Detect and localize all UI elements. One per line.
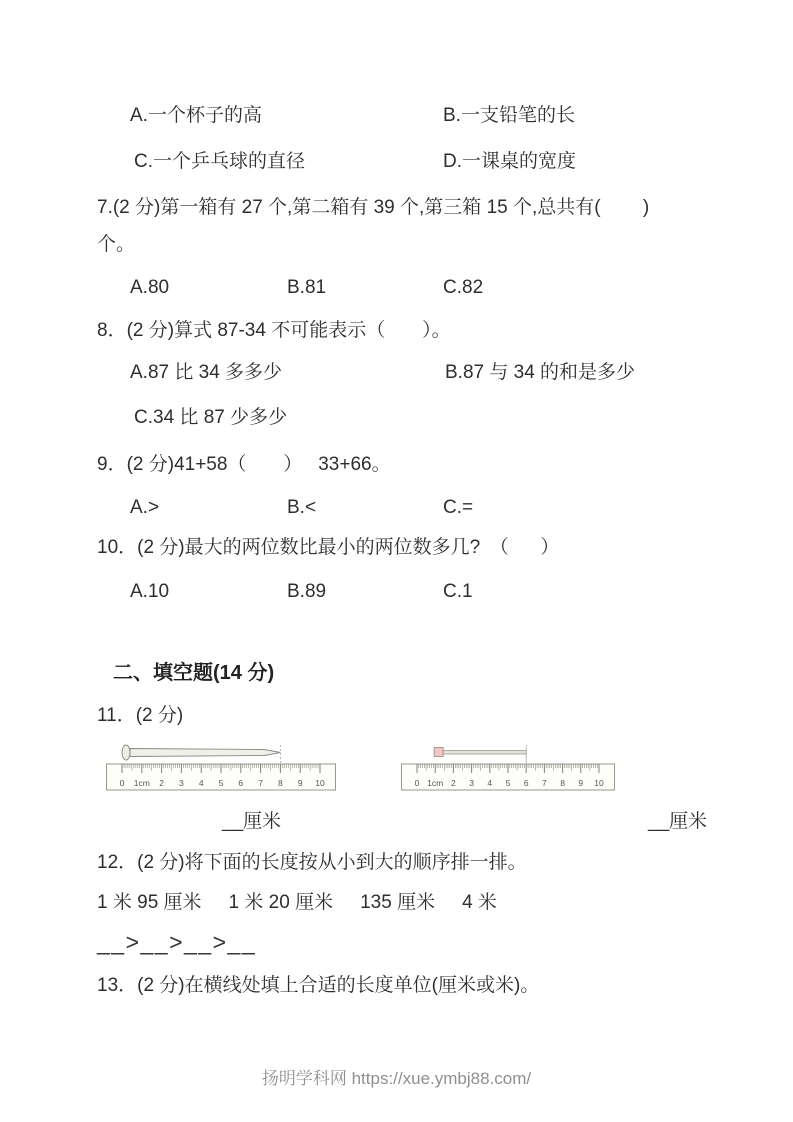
q7-text-line2: 个。 xyxy=(97,233,135,257)
q11-answer-blank-2: __厘米 xyxy=(648,810,707,834)
q7-option-b: B.81 xyxy=(287,276,326,300)
q11-answer-blank-1: __厘米 xyxy=(222,810,281,834)
svg-text:3: 3 xyxy=(469,778,474,788)
exam-page: A.一个杯子的高 B.一支铅笔的长 C.一个乒乓球的直径 D.一课桌的宽度 7.… xyxy=(0,0,793,1122)
svg-text:2: 2 xyxy=(159,778,164,788)
ruler-figure-pin: 01cm2345678910 xyxy=(401,742,615,792)
svg-text:4: 4 xyxy=(487,778,492,788)
svg-text:5: 5 xyxy=(506,778,511,788)
svg-text:10: 10 xyxy=(315,778,325,788)
q12-item-2: 1 米 20 厘米 xyxy=(229,891,334,915)
q8-text: 8．(2 分)算式 87-34 不可能表示（ ）。 xyxy=(97,319,451,343)
q10-option-a: A.10 xyxy=(130,580,169,604)
svg-text:9: 9 xyxy=(578,778,583,788)
q13-text: 13．(2 分)在横线处填上合适的长度单位(厘米或米)。 xyxy=(97,974,539,998)
svg-text:10: 10 xyxy=(594,778,604,788)
svg-text:8: 8 xyxy=(560,778,565,788)
svg-text:1cm: 1cm xyxy=(427,778,443,788)
svg-text:4: 4 xyxy=(199,778,204,788)
q12-item-3: 135 厘米 xyxy=(360,891,435,915)
q7-text-line1: 7.(2 分)第一箱有 27 个,第二箱有 39 个,第三箱 15 个,总共有(… xyxy=(97,196,649,220)
q12-text: 12．(2 分)将下面的长度按从小到大的顺序排一排。 xyxy=(97,851,527,875)
site-watermark: 扬明学科网 https://xue.ymbj88.com/ xyxy=(0,1064,793,1089)
svg-text:7: 7 xyxy=(542,778,547,788)
q9-option-c: C.= xyxy=(443,496,473,520)
svg-text:7: 7 xyxy=(258,778,263,788)
q7-option-c: C.82 xyxy=(443,276,483,300)
svg-text:5: 5 xyxy=(219,778,224,788)
q11-text: 11．(2 分) xyxy=(97,704,183,728)
q9-option-a: A.> xyxy=(130,496,159,520)
q10-option-b: B.89 xyxy=(287,580,326,604)
q6-option-d: D.一课桌的宽度 xyxy=(443,150,576,174)
svg-text:0: 0 xyxy=(120,778,125,788)
q8-option-b: B.87 与 34 的和是多少 xyxy=(445,361,635,385)
q12-ordering-blanks: __>__>__>__ xyxy=(97,928,256,957)
svg-text:3: 3 xyxy=(179,778,184,788)
q12-item-1: 1 米 95 厘米 xyxy=(97,891,202,915)
q10-option-c: C.1 xyxy=(443,580,473,604)
q8-option-a: A.87 比 34 多多少 xyxy=(130,361,282,385)
q6-option-a: A.一个杯子的高 xyxy=(130,104,262,128)
q9-option-b: B.< xyxy=(287,496,316,520)
q6-option-b: B.一支铅笔的长 xyxy=(443,104,575,128)
ruler-figure-nail: 01cm2345678910 xyxy=(106,742,336,792)
section-2-title: 二、填空题(14 分) xyxy=(113,661,274,686)
q12-length-items: 1 米 95 厘米 1 米 20 厘米 135 厘米 4 米 xyxy=(97,891,497,915)
q8-option-c: C.34 比 87 少多少 xyxy=(134,406,287,430)
q7-option-a: A.80 xyxy=(130,276,169,300)
q12-item-4: 4 米 xyxy=(462,891,497,915)
q6-option-c: C.一个乒乓球的直径 xyxy=(134,150,305,174)
svg-text:6: 6 xyxy=(524,778,529,788)
svg-text:1cm: 1cm xyxy=(134,778,150,788)
q9-text: 9．(2 分)41+58（ ） 33+66。 xyxy=(97,453,391,477)
q10-text: 10．(2 分)最大的两位数比最小的两位数多几? （ ） xyxy=(97,536,559,560)
svg-text:8: 8 xyxy=(278,778,283,788)
svg-text:0: 0 xyxy=(415,778,420,788)
svg-text:9: 9 xyxy=(298,778,303,788)
svg-text:6: 6 xyxy=(238,778,243,788)
svg-text:2: 2 xyxy=(451,778,456,788)
